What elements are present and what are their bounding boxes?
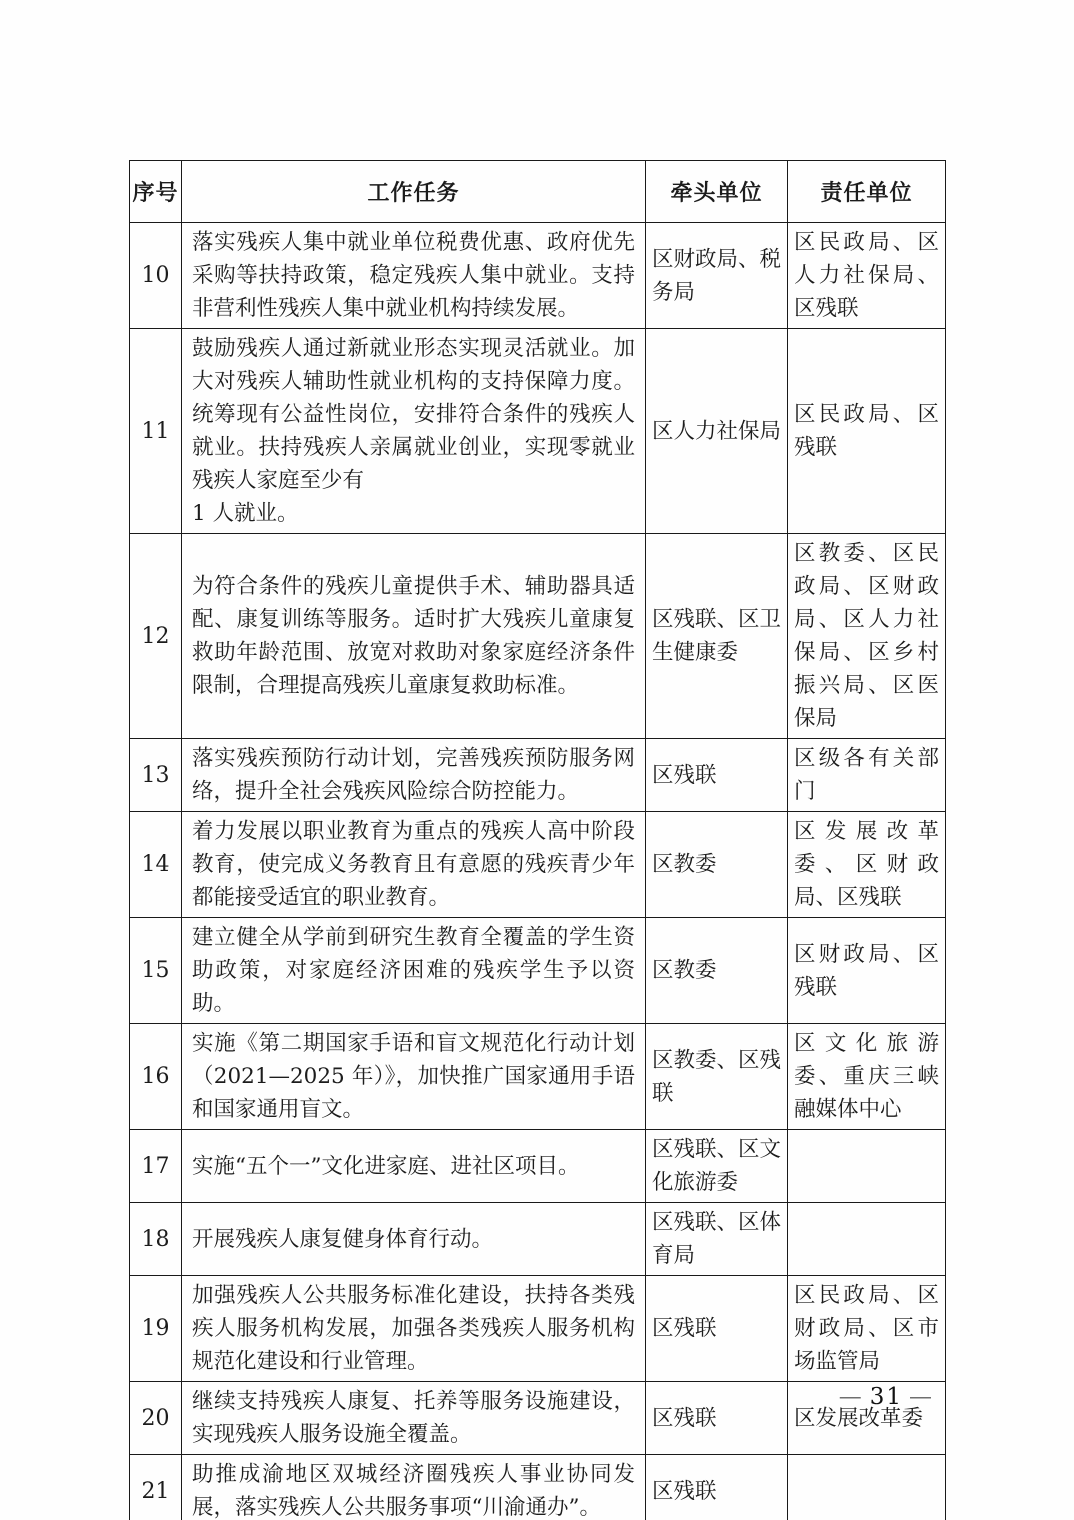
table-row: 13 落实残疾预防行动计划，完善残疾预防服务网络，提升全社会残疾风险综合防控能力… (130, 739, 946, 812)
task-text: 为符合条件的残疾儿童提供手术、辅助器具适配、康复训练等服务。适时扩大残疾儿童康复… (182, 534, 646, 739)
table-row: 21 助推成渝地区双城经济圈残疾人事业协同发展，落实残疾人公共服务事项“川渝通办… (130, 1455, 946, 1520)
row-number: 20 (130, 1382, 182, 1455)
table-row: 20 继续支持残疾人康复、托养等服务设施建设，实现残疾人服务设施全覆盖。 区残联… (130, 1382, 946, 1455)
table-row: 19 加强残疾人公共服务标准化建设，扶持各类残疾人服务机构发展，加强各类残疾人服… (130, 1276, 946, 1382)
responsible-unit (788, 1455, 946, 1520)
table-row: 15 建立健全从学前到研究生教育全覆盖的学生资助政策，对家庭经济困难的残疾学生予… (130, 918, 946, 1024)
table-row: 16 实施《第二期国家手语和盲文规范化行动计划（2021—2025 年）》，加快… (130, 1024, 946, 1130)
task-text: 实施《第二期国家手语和盲文规范化行动计划（2021—2025 年）》，加快推广国… (182, 1024, 646, 1130)
row-number: 17 (130, 1130, 182, 1203)
lead-unit: 区残联、区体育局 (646, 1203, 788, 1276)
page-number-right-dash: — (909, 1384, 934, 1410)
task-text: 实施“五个一”文化进家庭、进社区项目。 (182, 1130, 646, 1203)
row-number: 19 (130, 1276, 182, 1382)
row-number: 14 (130, 812, 182, 918)
task-text: 建立健全从学前到研究生教育全覆盖的学生资助政策，对家庭经济困难的残疾学生予以资助… (182, 918, 646, 1024)
responsible-unit: 区文化旅游委、重庆三峡融媒体中心 (788, 1024, 946, 1130)
responsible-unit: 区民政局、区人力社保局、区残联 (788, 223, 946, 329)
responsible-unit (788, 1130, 946, 1203)
lead-unit: 区残联 (646, 1276, 788, 1382)
row-number: 18 (130, 1203, 182, 1276)
header-responsible-unit: 责任单位 (788, 161, 946, 223)
header-row: 序号 工作任务 牵头单位 责任单位 (130, 161, 946, 223)
task-text: 开展残疾人康复健身体育行动。 (182, 1203, 646, 1276)
responsible-unit: 区民政局、区财政局、区市场监管局 (788, 1276, 946, 1382)
header-lead-unit: 牵头单位 (646, 161, 788, 223)
task-text: 继续支持残疾人康复、托养等服务设施建设，实现残疾人服务设施全覆盖。 (182, 1382, 646, 1455)
table-row: 18 开展残疾人康复健身体育行动。 区残联、区体育局 (130, 1203, 946, 1276)
row-number: 15 (130, 918, 182, 1024)
row-number: 11 (130, 329, 182, 534)
lead-unit: 区教委 (646, 918, 788, 1024)
lead-unit: 区教委 (646, 812, 788, 918)
responsible-unit (788, 1203, 946, 1276)
lead-unit: 区残联 (646, 1455, 788, 1520)
table-row: 17 实施“五个一”文化进家庭、进社区项目。 区残联、区文化旅游委 (130, 1130, 946, 1203)
page-number-value: 31 (864, 1384, 909, 1410)
table-row: 12 为符合条件的残疾儿童提供手术、辅助器具适配、康复训练等服务。适时扩大残疾儿… (130, 534, 946, 739)
header-no: 序号 (130, 161, 182, 223)
row-number: 12 (130, 534, 182, 739)
row-number: 10 (130, 223, 182, 329)
task-text: 助推成渝地区双城经济圈残疾人事业协同发展，落实残疾人公共服务事项“川渝通办”。 (182, 1455, 646, 1520)
responsible-unit: 区财政局、区残联 (788, 918, 946, 1024)
row-number: 16 (130, 1024, 182, 1130)
responsible-unit: 区教委、区民政局、区财政局、区人力社保局、区乡村振兴局、区医保局 (788, 534, 946, 739)
page-number: —31— (839, 1384, 934, 1410)
row-number: 13 (130, 739, 182, 812)
responsible-unit: 区民政局、区残联 (788, 329, 946, 534)
lead-unit: 区残联 (646, 739, 788, 812)
task-text: 落实残疾人集中就业单位税费优惠、政府优先采购等扶持政策，稳定残疾人集中就业。支持… (182, 223, 646, 329)
responsible-unit: 区发展改革委、区财政局、区残联 (788, 812, 946, 918)
lead-unit: 区教委、区残联 (646, 1024, 788, 1130)
page-number-left-dash: — (839, 1384, 864, 1410)
lead-unit: 区残联 (646, 1382, 788, 1455)
task-text: 加强残疾人公共服务标准化建设，扶持各类残疾人服务机构发展，加强各类残疾人服务机构… (182, 1276, 646, 1382)
table-row: 10 落实残疾人集中就业单位税费优惠、政府优先采购等扶持政策，稳定残疾人集中就业… (130, 223, 946, 329)
lead-unit: 区残联、区文化旅游委 (646, 1130, 788, 1203)
task-text: 落实残疾预防行动计划，完善残疾预防服务网络，提升全社会残疾风险综合防控能力。 (182, 739, 646, 812)
table-row: 14 着力发展以职业教育为重点的残疾人高中阶段教育，使完成义务教育且有意愿的残疾… (130, 812, 946, 918)
task-text: 着力发展以职业教育为重点的残疾人高中阶段教育，使完成义务教育且有意愿的残疾青少年… (182, 812, 646, 918)
task-text: 鼓励残疾人通过新就业形态实现灵活就业。加大对残疾人辅助性就业机构的支持保障力度。… (182, 329, 646, 534)
work-task-table: 序号 工作任务 牵头单位 责任单位 10 落实残疾人集中就业单位税费优惠、政府优… (129, 160, 946, 1520)
responsible-unit: 区级各有关部门 (788, 739, 946, 812)
lead-unit: 区财政局、税务局 (646, 223, 788, 329)
header-task: 工作任务 (182, 161, 646, 223)
lead-unit: 区人力社保局 (646, 329, 788, 534)
row-number: 21 (130, 1455, 182, 1520)
document-page: 序号 工作任务 牵头单位 责任单位 10 落实残疾人集中就业单位税费优惠、政府优… (0, 0, 1074, 1520)
table-row: 11 鼓励残疾人通过新就业形态实现灵活就业。加大对残疾人辅助性就业机构的支持保障… (130, 329, 946, 534)
lead-unit: 区残联、区卫生健康委 (646, 534, 788, 739)
